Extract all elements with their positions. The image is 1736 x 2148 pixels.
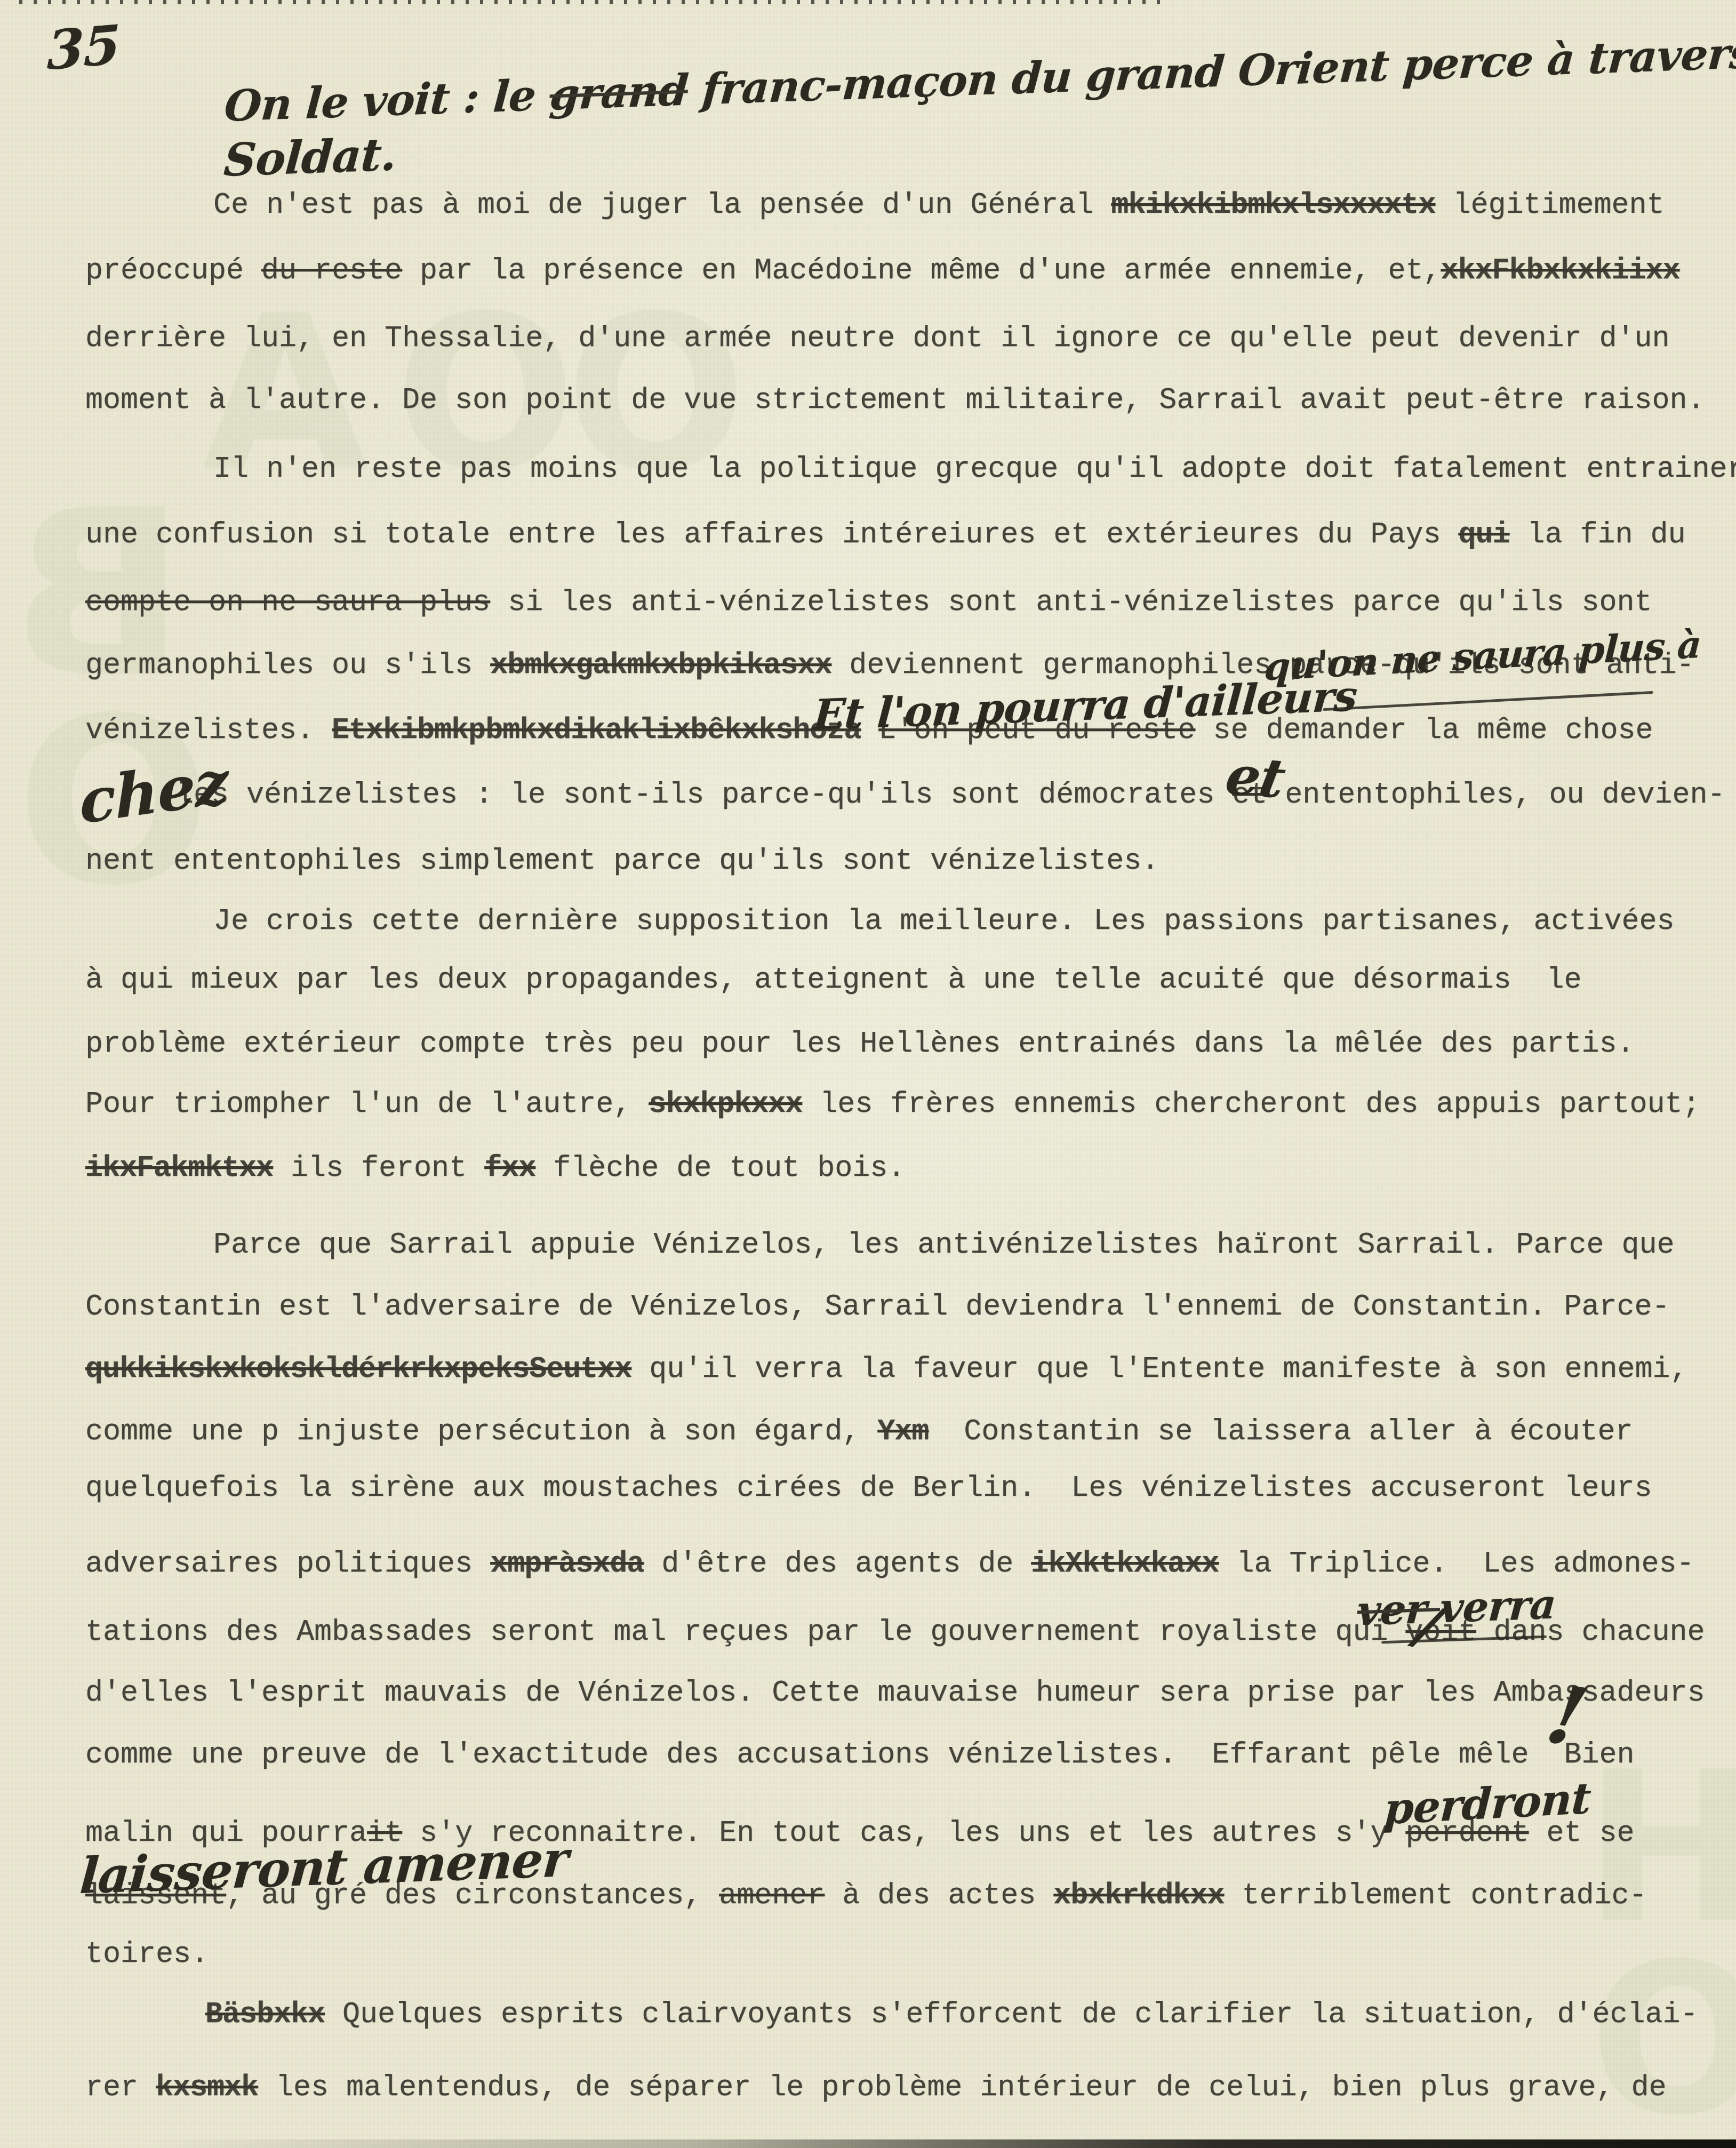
typed-line: Parce que Sarrail appuie Vénizelos, les … <box>213 1230 1674 1260</box>
text-run: Parce que Sarrail appuie Vénizelos, les … <box>213 1228 1674 1262</box>
typed-line: Bäsbxkx Quelques esprits clairvoyants s'… <box>205 2000 1698 2029</box>
text-run: Il n'en reste pas moins que la politique… <box>213 452 1736 486</box>
struck-text: xkxFkbxkxkiixx <box>1441 254 1679 287</box>
struck-text: du reste <box>261 254 402 287</box>
typed-line: préoccupé du reste par la présence en Ma… <box>85 256 1680 285</box>
text-run: comme une preuve de l'exactitude des acc… <box>85 1738 1529 1772</box>
struck-text: xbxkrkdkxx <box>1053 1879 1224 1912</box>
typed-line: toires. <box>85 1939 209 1969</box>
typed-line: comme une preuve de l'exactitude des acc… <box>85 1740 1635 1769</box>
text-run: derrière lui, en Thessalie, d'une armée … <box>85 322 1669 355</box>
typed-line: moment à l'autre. De son point de vue st… <box>85 386 1705 415</box>
text-run: comme une p injuste persécution à son ég… <box>85 1415 877 1448</box>
text-run: moment à l'autre. De son point de vue st… <box>85 383 1705 417</box>
text-run: germanophiles ou s'ils <box>85 648 490 682</box>
typed-line: d'elles l'esprit mauvais de Vénizelos. C… <box>85 1678 1705 1708</box>
top-note-line-2: Soldat. <box>222 127 398 187</box>
text-run: vénizelistes. <box>85 714 332 747</box>
text-run: On le voit : le <box>223 69 552 131</box>
text-run: terriblement contradic- <box>1224 1879 1646 1912</box>
typed-line: nent ententophiles simplement parce qu'i… <box>85 846 1159 876</box>
text-run: tations des Ambassades seront mal reçues… <box>85 1615 1405 1649</box>
typed-line: les vénizelistes : le sont-ils parce-qu'… <box>176 780 1725 809</box>
text-run: Je crois cette dernière supposition la m… <box>213 904 1674 938</box>
text-run: Soldat. <box>222 127 398 187</box>
text-run: nent ententophiles simplement parce qu'i… <box>85 844 1159 878</box>
struck-text: qukkikskxkokskldérkrkxpeksSeutxx <box>85 1352 631 1386</box>
struck-text: compte on ne saura plus <box>85 586 490 619</box>
struck-text: xmpràsxda <box>490 1547 644 1581</box>
text-run: la Triplice. Les admones- <box>1219 1547 1694 1581</box>
typed-line: Je crois cette dernière supposition la m… <box>213 907 1674 936</box>
typed-line: derrière lui, en Thessalie, d'une armée … <box>85 324 1669 353</box>
struck-text: Etxkibmkpbmkxdikaklixbêkxkshoza <box>332 714 861 747</box>
text-run: par la présence en Macédoine même d'une … <box>402 254 1441 287</box>
text-run: quelquefois la sirène aux moustaches cir… <box>85 1471 1652 1505</box>
typed-line: comme une p injuste persécution à son ég… <box>85 1417 1633 1446</box>
text-run: qu'il verra la faveur que l'Entente mani… <box>631 1352 1687 1386</box>
text-run: d'être des agents de <box>644 1547 1031 1581</box>
typed-line: Pour triompher l'un de l'autre, skxkpkxx… <box>85 1089 1700 1119</box>
text-run: une confusion si totale entre les affair… <box>85 518 1458 551</box>
overwrite-et: et <box>1221 744 1290 810</box>
typed-line: compte on ne saura plus si les anti-véni… <box>85 588 1652 617</box>
page-number: 35 <box>46 13 121 83</box>
struck-text: qui <box>1458 518 1509 551</box>
struck-text: ikxFakmktxx <box>85 1151 273 1185</box>
text-run: Ce n'est pas à moi de juger la pensée d'… <box>213 188 1111 222</box>
typed-line: problème extérieur compte très peu pour … <box>85 1029 1634 1059</box>
struck-text: kxsmxk <box>156 2071 258 2104</box>
typed-line: qukkikskxkokskldérkrkxpeksSeutxx qu'il v… <box>85 1354 1688 1384</box>
struck-text: mkikxkibmkxlsxxxxtx <box>1111 188 1435 222</box>
typed-line: ikxFakmktxx ils feront fxx flèche de tou… <box>85 1153 905 1183</box>
text-run: et <box>1221 744 1290 810</box>
typed-line: quelquefois la sirène aux moustaches cir… <box>85 1473 1652 1503</box>
struck-text: Yxm <box>877 1415 929 1448</box>
text-run: ils feront <box>273 1151 484 1185</box>
text-run: à qui mieux par les deux propagandes, at… <box>85 963 1581 997</box>
text-run: la fin du <box>1509 518 1685 551</box>
top-perforation-edge <box>19 0 1171 4</box>
typed-line: rer kxsmxk les malentendus, de séparer l… <box>85 2073 1667 2102</box>
typed-line: à qui mieux par les deux propagandes, at… <box>85 965 1581 995</box>
text-run: Pour triompher l'un de l'autre, <box>85 1087 649 1121</box>
typed-line: Constantin est l'adversaire de Vénizelos… <box>85 1292 1669 1321</box>
text-run: problème extérieur compte très peu pour … <box>85 1027 1634 1061</box>
text-run: d'elles l'esprit mauvais de Vénizelos. C… <box>85 1676 1705 1710</box>
typed-line: Ce n'est pas à moi de juger la pensée d'… <box>213 190 1664 220</box>
text-run: Constantin se laissera aller à écouter <box>929 1415 1633 1448</box>
text-run: franc-maçon du grand Orient perce à trav… <box>686 26 1736 115</box>
struck-text: skxkpkxxx <box>649 1087 802 1121</box>
bleed-through-ghost-letter: О <box>1589 1936 1736 2144</box>
struck-text: ikXktkxkaxx <box>1031 1547 1219 1581</box>
text-run: si les anti-vénizelistes sont anti-véniz… <box>490 586 1652 619</box>
insert-verra: ver verra <box>1356 1580 1557 1634</box>
text-run: les frères ennemis chercheront des appui… <box>802 1087 1700 1121</box>
text-run: Constantin est l'adversaire de Vénizelos… <box>85 1290 1669 1324</box>
struck-text: fxx <box>484 1151 535 1185</box>
text-run: les vénizelistes : le sont-ils parce-qu'… <box>176 778 1232 812</box>
text-run: flèche de tout bois. <box>535 1151 905 1185</box>
text-run: toires. <box>85 1937 209 1971</box>
struck-text: Bäsbxkx <box>205 1998 325 2031</box>
text-run: verra <box>1438 1580 1557 1632</box>
scanned-page: AOOBOНО Ce n'est pas à moi de juger la p… <box>0 0 1736 2148</box>
text-run: Quelques esprits clairvoyants s'efforcen… <box>325 1998 1698 2031</box>
struck-text: amener <box>719 1879 825 1912</box>
typed-line: une confusion si totale entre les affair… <box>85 520 1686 549</box>
struck-text: grand <box>548 65 690 119</box>
flourish-after-insert <box>1323 691 1653 711</box>
text-run: les malentendus, de séparer le problème … <box>258 2071 1666 2104</box>
typed-line: adversaires politiques xmpràsxda d'être … <box>85 1549 1694 1578</box>
typed-line: Il n'en reste pas moins que la politique… <box>213 454 1736 484</box>
bottom-scan-shadow <box>0 2139 1736 2148</box>
text-run: ententophiles, ou devien- <box>1267 778 1725 812</box>
text-run: à des actes <box>825 1879 1053 1912</box>
text-run: préoccupé <box>85 254 261 287</box>
top-note-line-1: On le voit : le grand franc-maçon du gra… <box>223 26 1736 131</box>
text-run: rer <box>85 2071 156 2104</box>
struck-text: xbmkxgakmkxbpkikasxx <box>490 648 831 682</box>
text-run: légitimement <box>1435 188 1664 222</box>
text-run: 35 <box>46 13 121 83</box>
text-run: adversaires politiques <box>85 1547 490 1581</box>
